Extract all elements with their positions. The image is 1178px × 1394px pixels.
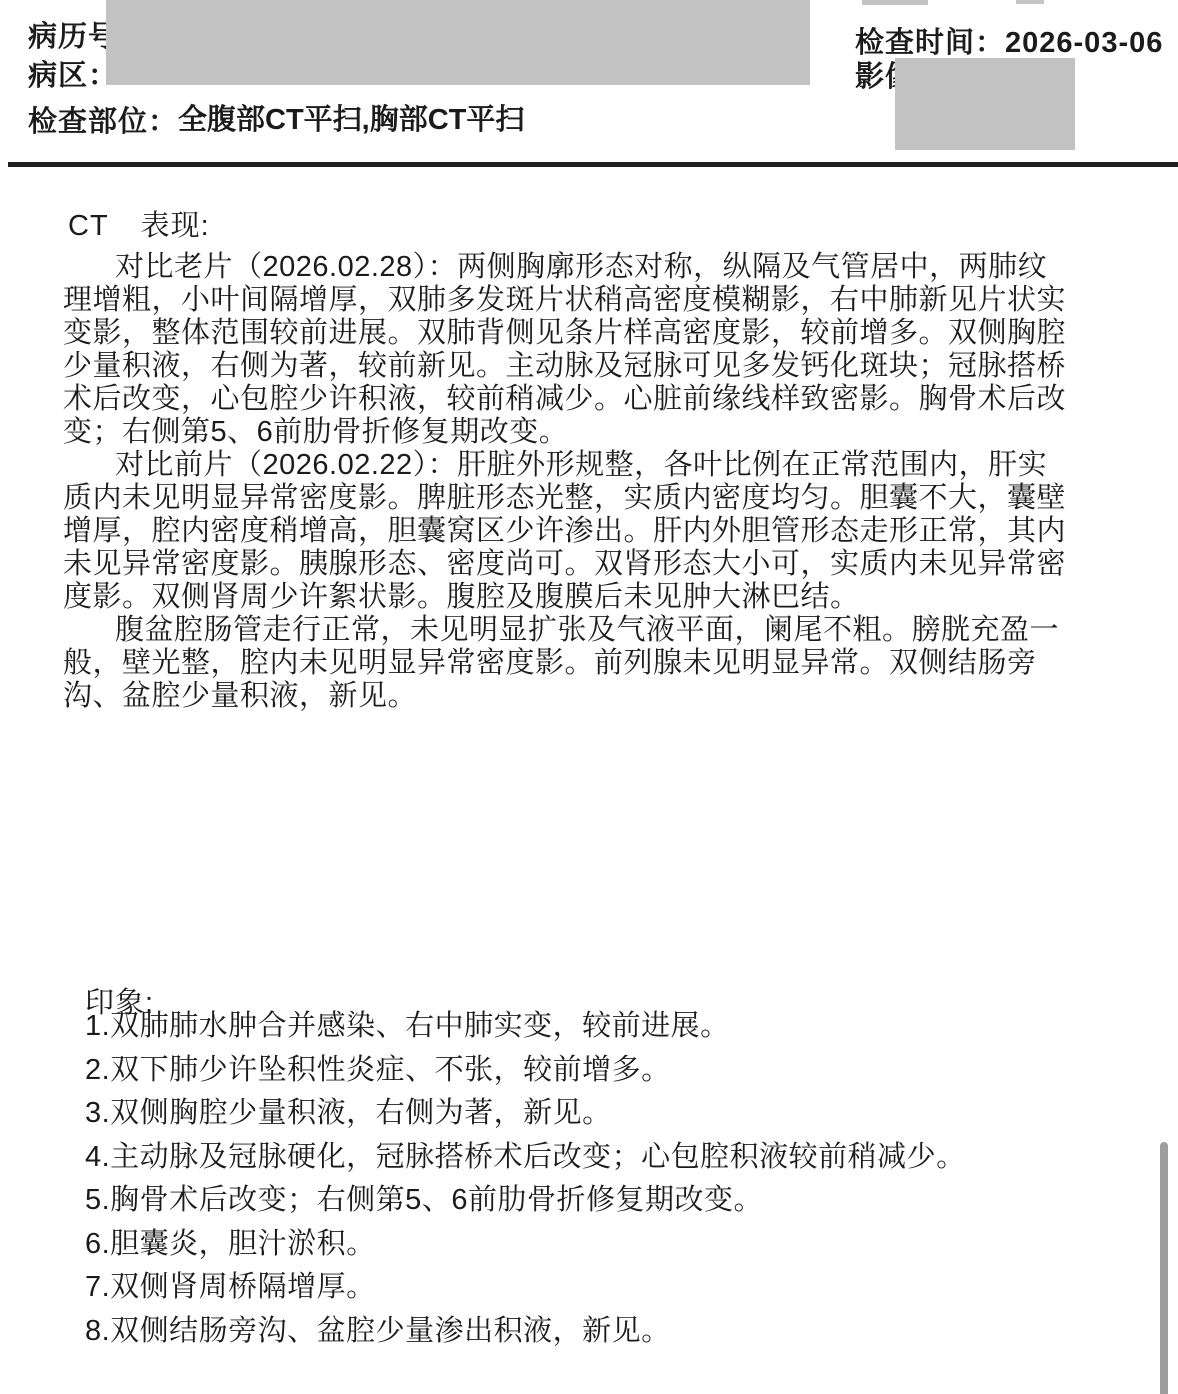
exam-time-value: 2026-03-06 xyxy=(1005,27,1163,59)
impression-item: 1.双肺肺水肿合并感染、右中肺实变，较前进展。 xyxy=(85,1010,1125,1043)
report-line: 对比老片（2026.02.28）：两侧胸廓形态对称，纵隔及气管居中，两肺纹 xyxy=(63,251,1125,284)
findings-body: 对比老片（2026.02.28）：两侧胸廓形态对称，纵隔及气管居中，两肺纹 理增… xyxy=(63,251,1125,713)
scrollbar-thumb[interactable] xyxy=(1160,1142,1168,1394)
impression-item: 6.胆囊炎，胆汁淤积。 xyxy=(85,1228,1125,1261)
findings-paragraph: 对比老片（2026.02.28）：两侧胸廓形态对称，纵隔及气管居中，两肺纹 理增… xyxy=(63,251,1125,449)
impression-item: 4.主动脉及冠脉硬化，冠脉搭桥术后改变；心包腔积液较前稍减少。 xyxy=(85,1141,1125,1174)
impression-item: 2.双下肺少许坠积性炎症、不张，较前增多。 xyxy=(85,1054,1125,1087)
report-line: 变；右侧第5、6前肋骨折修复期改变。 xyxy=(63,416,1125,449)
report-line: 沟、盆腔少量积液，新见。 xyxy=(63,680,1125,713)
ward-label: 病区： xyxy=(28,53,118,94)
cut-off-text-artifact xyxy=(1016,0,1044,4)
ct-report-page: 病历号 病区： 检查时间：2026-03-06 影像号： 检查部位： 全腹部CT… xyxy=(0,0,1178,1394)
impression-heading: 印象: xyxy=(85,980,1125,1010)
exam-site-value: 全腹部CT平扫,胸部CT平扫 xyxy=(178,97,524,138)
findings-paragraph: 对比前片（2026.02.22）：肝脏外形规整，各叶比例在正常范围内，肝实 质内… xyxy=(63,449,1125,614)
report-line: 对比前片（2026.02.22）：肝脏外形规整，各叶比例在正常范围内，肝实 xyxy=(63,449,1125,482)
report-line: 般，壁光整，腔内未见明显异常密度影。前列腺未见明显异常。双侧结肠旁 xyxy=(63,647,1125,680)
redaction-box-record-number xyxy=(106,0,810,85)
report-line: 理增粗，小叶间隔增厚，双肺多发斑片状稍高密度模糊影，右中肺新见片状实 xyxy=(63,284,1125,317)
impression-item: 8.双侧结肠旁沟、盆腔少量渗出积液，新见。 xyxy=(85,1315,1125,1348)
report-line: 术后改变，心包腔少许积液，较前稍减少。心脏前缘线样致密影。胸骨术后改 xyxy=(63,383,1125,416)
impression-item: 3.双侧胸腔少量积液，右侧为著，新见。 xyxy=(85,1097,1125,1130)
modality-label: CT xyxy=(68,210,109,242)
report-line: 质内未见明显异常密度影。脾脏形态光整，实质内密度均匀。胆囊不大，囊壁 xyxy=(63,482,1125,515)
redaction-box-image-number xyxy=(895,58,1075,150)
report-line: 增厚，腔内密度稍增高，胆囊窝区少许渗出。肝内外胆管形态走形正常，其内 xyxy=(63,515,1125,548)
report-line: 变影，整体范围较前进展。双肺背侧见条片样高密度影，较前增多。双侧胸腔 xyxy=(63,317,1125,350)
impression-item: 7.双侧肾周桥隔增厚。 xyxy=(85,1271,1125,1304)
record-number-label: 病历号 xyxy=(28,14,118,55)
impression-item: 5.胸骨术后改变；右侧第5、6前肋骨折修复期改变。 xyxy=(85,1184,1125,1217)
report-line: 少量积液，右侧为著，较前新见。主动脉及冠脉可见多发钙化斑块；冠脉搭桥 xyxy=(63,350,1125,383)
report-line: 度影。双侧肾周少许絮状影。腹腔及腹膜后未见肿大淋巴结。 xyxy=(63,581,1125,614)
report-line: 腹盆腔肠管走行正常，未见明显扩张及气液平面，阑尾不粗。膀胱充盈一 xyxy=(63,614,1125,647)
exam-site-label: 检查部位： xyxy=(28,99,178,140)
header-separator-rule xyxy=(8,162,1178,167)
impression-section: 印象: 1.双肺肺水肿合并感染、右中肺实变，较前进展。 2.双下肺少许坠积性炎症… xyxy=(85,980,1125,1358)
cut-off-text-artifact xyxy=(862,0,928,5)
findings-heading-label: 表现: xyxy=(141,203,210,244)
findings-heading: CT表现: xyxy=(68,203,210,244)
findings-paragraph: 腹盆腔肠管走行正常，未见明显扩张及气液平面，阑尾不粗。膀胱充盈一 般，壁光整，腔… xyxy=(63,614,1125,713)
report-line: 未见异常密度影。胰腺形态、密度尚可。双肾形态大小可，实质内未见异常密 xyxy=(63,548,1125,581)
